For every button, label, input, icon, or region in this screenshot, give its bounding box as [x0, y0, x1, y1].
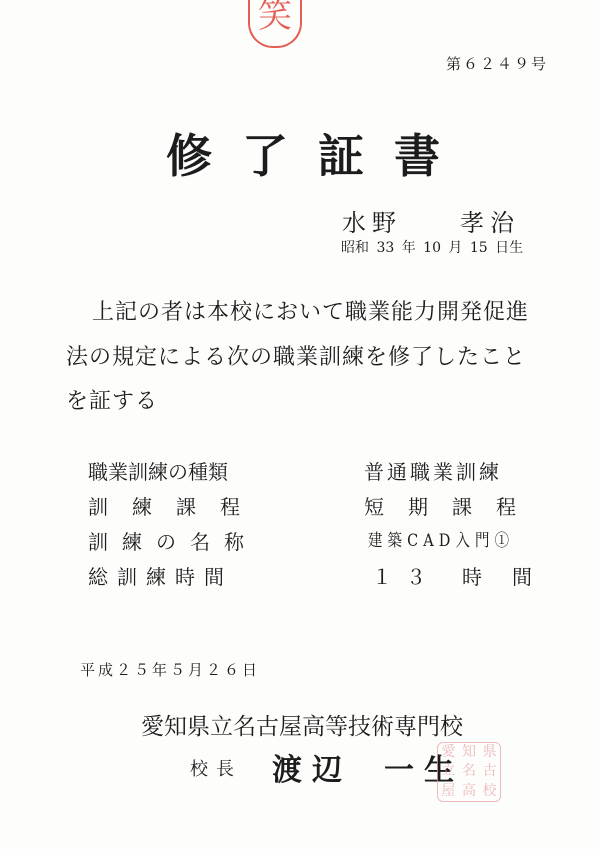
detail-label-training-name: 訓練の名称	[88, 526, 258, 555]
top-seal-stamp: 笑	[248, 0, 302, 48]
document-title: 修了証書	[166, 120, 470, 186]
seal-char: 高	[459, 782, 480, 801]
issue-date: 平成２５年５月２６日	[80, 659, 260, 680]
seal-char: 立	[438, 762, 459, 781]
hours-number: １３	[372, 561, 440, 590]
statement-line-2: 法の規定による次の職業訓練を修了したこと	[66, 340, 526, 371]
hours-unit: 時間	[462, 561, 562, 590]
seal-char: 屋	[438, 782, 459, 801]
certificate-number: 第６２４９号	[446, 53, 548, 74]
seal-char: 愛	[438, 743, 459, 762]
seal-char: 校	[479, 782, 500, 801]
seal-char: 名	[459, 762, 480, 781]
recipient-given-name: 孝治	[460, 209, 520, 237]
detail-value-training-name: 建築CAD入門①	[368, 526, 514, 551]
statement-line-1: 上記の者は本校において職業能力開発促進	[92, 295, 529, 326]
principal-family-name: 渡辺	[272, 753, 352, 788]
detail-value-total-hours: １３時間	[364, 561, 562, 590]
seal-char: 知	[459, 743, 480, 762]
principal-name: 渡辺一生	[272, 745, 464, 789]
detail-label-total-hours: 総訓練時間	[88, 561, 233, 590]
statement-line-3: を証する	[66, 384, 158, 415]
detail-label-course: 訓練課程	[88, 491, 264, 520]
seal-glyph: 笑	[250, 0, 300, 36]
school-seal-stamp: 愛 知 県 立 名 古 屋 高 校	[437, 742, 501, 802]
school-name: 愛知県立名古屋高等技術専門校	[141, 708, 463, 741]
recipient-name: 水野孝治	[342, 203, 520, 238]
detail-value-course: 短期課程	[364, 491, 540, 520]
recipient-family-name: 水野	[342, 209, 402, 237]
seal-char: 県	[479, 743, 500, 762]
detail-label-training-type: 職業訓練の種類	[88, 456, 228, 485]
seal-char: 古	[479, 762, 500, 781]
principal-title: 校長	[190, 755, 242, 781]
recipient-birth-date: 昭和 33 年 10 月 15 日生	[341, 237, 523, 257]
detail-value-training-type: 普通職業訓練	[364, 456, 502, 485]
